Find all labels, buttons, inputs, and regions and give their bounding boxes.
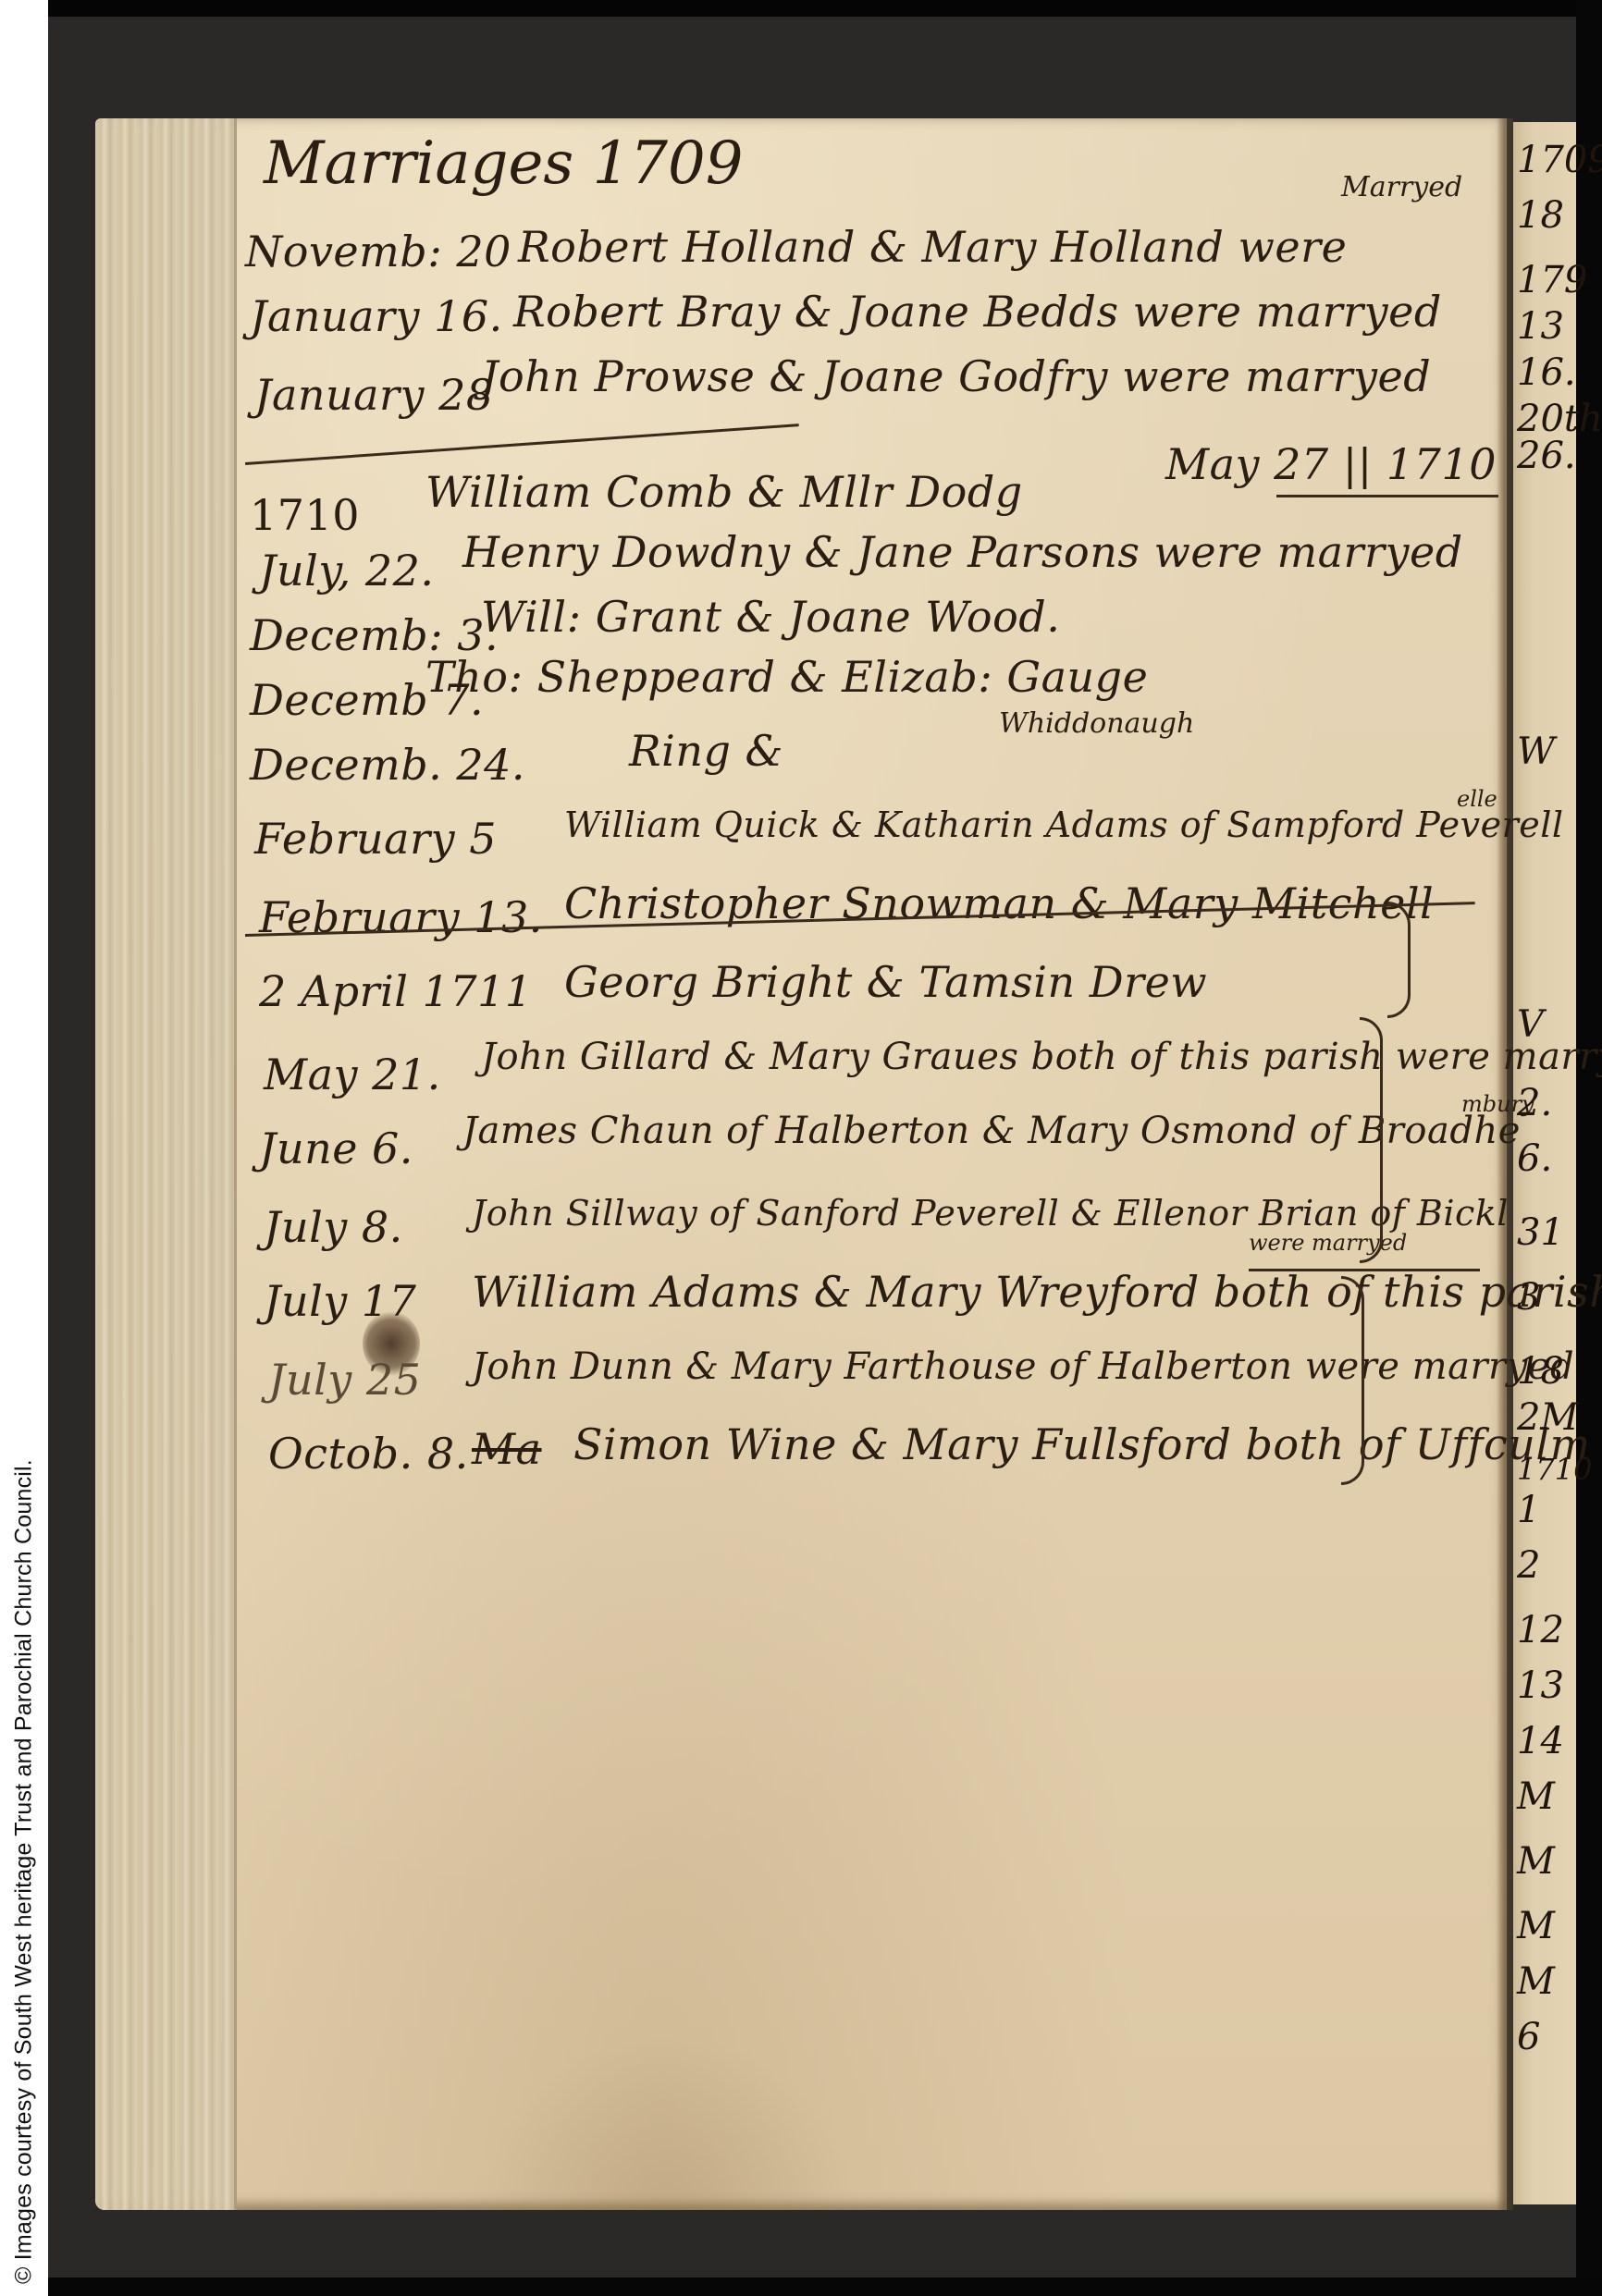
margin-number: 16. (1517, 351, 1576, 394)
water-stain (481, 2034, 851, 2210)
top-border (0, 0, 1602, 17)
entry-note: May 27 || 1710 (1165, 439, 1497, 489)
entry-date: Decemb. 24. (250, 740, 525, 790)
credit-strip: © Images courtesy of South West heritage… (0, 0, 48, 2296)
margin-number: 2 (1517, 1544, 1540, 1587)
page-block-edge (95, 118, 237, 2210)
entry-date: Novemb: 20 (245, 227, 511, 276)
margin-number: 26. (1517, 435, 1576, 477)
entry-text: Robert Holland & Mary Holland were (518, 222, 1347, 272)
margin-brace (1387, 902, 1411, 1018)
right-border (1576, 0, 1602, 2296)
entry-date: Octob. 8. (268, 1429, 469, 1479)
entry-date: January 28 (254, 370, 494, 420)
entry-note: elle (1457, 786, 1497, 812)
entry-text: Ring & (629, 726, 783, 776)
entry-date: February 5 (254, 814, 497, 864)
bottom-border (0, 2278, 1602, 2296)
entry-note: Marryed (1341, 171, 1462, 203)
margin-number: 12 (1517, 1609, 1564, 1651)
margin-number: 18 (1517, 194, 1564, 237)
margin-number: 6. (1517, 1137, 1552, 1180)
margin-number: M (1517, 1905, 1555, 1947)
margin-number: W (1517, 731, 1555, 773)
margin-number: 31 (1517, 1211, 1564, 1254)
margin-number: 179 (1517, 259, 1587, 301)
struck-text: Ma (472, 1424, 542, 1474)
entry-note: were marryed (1249, 1230, 1407, 1256)
entry-text: John Sillway of Sanford Peverell & Ellen… (472, 1193, 1509, 1234)
margin-number: 1709 (1517, 139, 1602, 181)
margin-number: 14 (1517, 1720, 1564, 1762)
copyright-credit: © Images courtesy of South West heritage… (11, 1459, 38, 2284)
margin-number: 6 (1517, 2016, 1540, 2058)
entry-text: Tho: Sheppeard & Elizab: Gauge (425, 652, 1148, 702)
margin-number: 13 (1517, 1664, 1564, 1707)
entry-text: Henry Dowdny & Jane Parsons were marryed (462, 527, 1463, 577)
margin-number: 2M (1517, 1396, 1578, 1439)
margin-number: V (1517, 1003, 1544, 1046)
entry-date: May 21. (264, 1050, 441, 1099)
margin-number: M (1517, 1960, 1555, 2003)
entry-note: Whiddonaugh (999, 707, 1194, 740)
margin-number: M (1517, 1775, 1555, 1818)
margin-number: 3 (1517, 1276, 1540, 1319)
page-title: Marriages 1709 (264, 129, 743, 198)
entry-text: Simon Wine & Mary Fullsford both of Uffc… (573, 1419, 1591, 1469)
margin-number: 2. (1517, 1082, 1552, 1124)
entry-text: Robert Bray & Joane Bedds were marryed (513, 287, 1442, 337)
entry-text: William Comb & Mllr Dodg (425, 467, 1023, 517)
entry-date: July 17 (264, 1276, 416, 1326)
book-gutter (1497, 118, 1513, 2210)
margin-number: M (1517, 1840, 1555, 1883)
entry-text: John Gillard & Mary Graues both of this … (481, 1036, 1602, 1078)
entry-date: July, 22. (259, 546, 435, 595)
entry-date: July 8. (264, 1202, 403, 1252)
entry-text: Christopher Snowman & Mary Mitchell (564, 878, 1434, 928)
entry-text: Georg Bright & Tamsin Drew (564, 957, 1207, 1007)
entry-date: June 6. (259, 1123, 413, 1173)
entry-date: 2 April 1711 (259, 966, 533, 1016)
entry-text: John Prowse & Joane Godfry were marryed (481, 351, 1431, 401)
entry-date: January 16. (250, 291, 503, 341)
margin-number: 1710 (1517, 1452, 1592, 1487)
entry-text: William Adams & Mary Wreyford both of th… (472, 1267, 1602, 1317)
margin-number: 18 (1517, 1350, 1564, 1393)
margin-number: 1 (1517, 1489, 1540, 1531)
margin-brace (1341, 1276, 1364, 1485)
entry-text: Will: Grant & Joane Wood. (481, 592, 1060, 642)
entry-text: John Dunn & Mary Farthouse of Halberton … (472, 1345, 1574, 1388)
entry-date: July 25 (268, 1355, 421, 1405)
year-marker: 1710 (250, 490, 360, 540)
entry-text: William Quick & Katharin Adams of Sampfo… (564, 804, 1564, 845)
year-underline (1276, 495, 1498, 497)
margin-brace (1360, 1017, 1383, 1263)
margin-number: 13 (1517, 305, 1564, 348)
